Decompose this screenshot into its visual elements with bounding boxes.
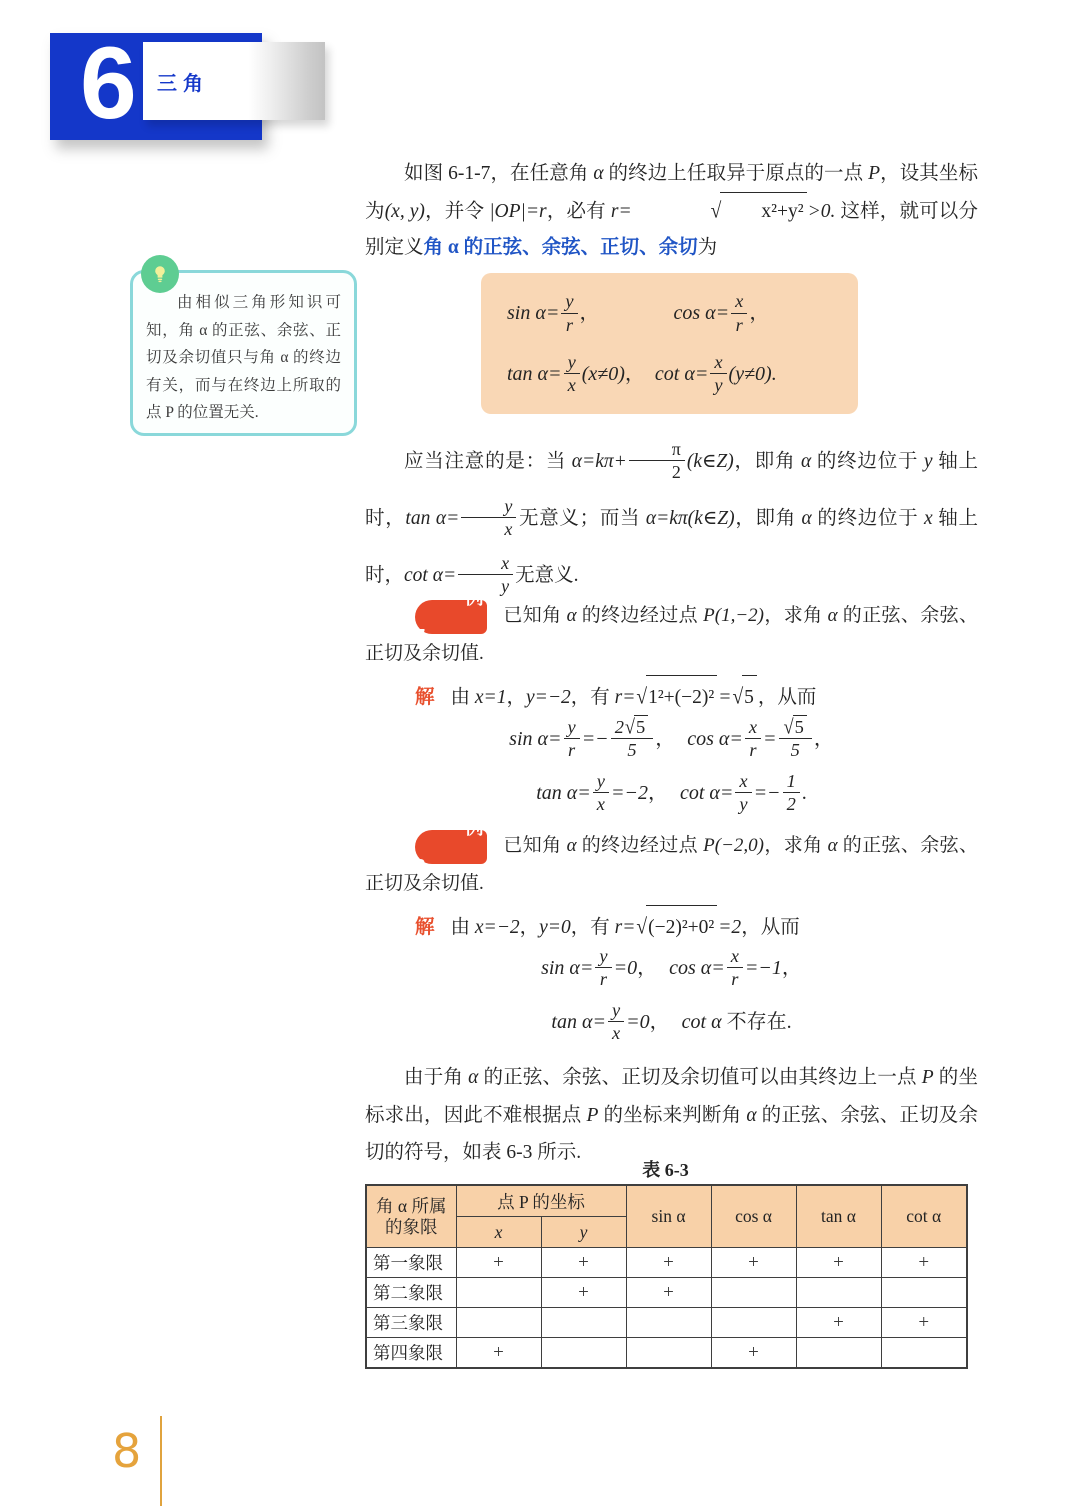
sign-cell: + xyxy=(456,1248,541,1278)
header-quadrant: 角 α 所属的象限 xyxy=(366,1185,456,1248)
example7-solve-label: 解 xyxy=(415,686,435,708)
sign-cell xyxy=(626,1308,711,1338)
example7-badge: 例 7 xyxy=(415,600,487,634)
table-header-row-1: 角 α 所属的象限 点 P 的坐标 sin α cos α tan α cot … xyxy=(366,1185,967,1217)
sign-cell: + xyxy=(626,1248,711,1278)
header-point-coords: 点 P 的坐标 xyxy=(456,1185,626,1217)
closing-paragraph: 由于角 α 的正弦、余弦、正切及余切值可以由其终边上一点 P 的坐标求出，因此不… xyxy=(365,1059,978,1172)
sign-cell: + xyxy=(711,1338,796,1369)
table-row-quadrant-4: 第四象限 + + xyxy=(366,1338,967,1369)
definition-formula-line-2: tan α=yx(x≠0)，cot α=xy(y≠0). xyxy=(507,351,858,397)
sign-cell xyxy=(796,1338,881,1369)
example8-solution-text: 由 x=−2，y=0，有 r=√(−2)²+0²=2，从而 xyxy=(451,917,800,938)
chapter-title: 三角 xyxy=(143,67,209,96)
sign-cell: + xyxy=(711,1248,796,1278)
header-quadrant-line1: 角 α 所属 xyxy=(367,1196,456,1217)
header-cot: cot α xyxy=(881,1185,967,1248)
example8-formula-line-2: tan α=yx=0，cot α 不存在. xyxy=(365,995,978,1049)
header-sin: sin α xyxy=(626,1185,711,1248)
footer-rule xyxy=(160,1416,162,1506)
header-tan: tan α xyxy=(796,1185,881,1248)
sign-cell xyxy=(541,1308,626,1338)
sign-cell: + xyxy=(796,1248,881,1278)
chapter-title-strip: 三角 xyxy=(143,42,325,120)
table-row-quadrant-1: 第一象限 + + + + + + xyxy=(366,1248,967,1278)
sign-cell xyxy=(541,1338,626,1369)
example8-badge: 例 8 xyxy=(415,830,487,864)
sign-cell: + xyxy=(541,1248,626,1278)
sign-cell xyxy=(456,1308,541,1338)
page-number: 8 xyxy=(112,1424,141,1478)
example7-formulas: sin α=yr=−2√55，cos α=xr=√55， tan α=yx=−2… xyxy=(365,712,978,820)
header-x: x xyxy=(456,1217,541,1248)
example7-solution-text: 由 x=1，y=−2，有 r=√1²+(−2)²=√5，从而 xyxy=(451,687,817,708)
sign-cell xyxy=(711,1308,796,1338)
callout-text: 由相似三角形知识可知，角 α 的正弦、余弦、正切及余切值只与角 α 的终边有关，… xyxy=(133,273,354,435)
lightbulb-icon xyxy=(141,255,179,293)
sign-cell: + xyxy=(626,1278,711,1308)
header-y: y xyxy=(541,1217,626,1248)
example8-formula-line-1: sin α=yr=0，cos α=xr=−1， xyxy=(365,941,978,995)
example7-section: 例 7已知角 α 的终边经过点 P(1,−2)，求角 α 的正弦、余弦、正切及余… xyxy=(365,597,978,719)
sign-cell xyxy=(711,1278,796,1308)
sign-cell xyxy=(456,1278,541,1308)
quadrant-label: 第四象限 xyxy=(366,1338,456,1369)
sign-table: 角 α 所属的象限 点 P 的坐标 sin α cos α tan α cot … xyxy=(365,1184,968,1369)
table-row-quadrant-3: 第三象限 + + xyxy=(366,1308,967,1338)
example7-formula-line-1: sin α=yr=−2√55，cos α=xr=√55， xyxy=(365,712,978,766)
table-row-quadrant-2: 第二象限 + + xyxy=(366,1278,967,1308)
sign-cell: + xyxy=(541,1278,626,1308)
quadrant-label: 第一象限 xyxy=(366,1248,456,1278)
sign-cell: + xyxy=(881,1308,967,1338)
sign-cell xyxy=(881,1338,967,1369)
example7-statement: 例 7已知角 α 的终边经过点 P(1,−2)，求角 α 的正弦、余弦、正切及余… xyxy=(365,597,978,673)
quadrant-label: 第二象限 xyxy=(366,1278,456,1308)
callout-box: 由相似三角形知识可知，角 α 的正弦、余弦、正切及余切值只与角 α 的终边有关，… xyxy=(130,270,357,436)
chapter-number: 6 xyxy=(80,27,137,139)
sign-cell xyxy=(881,1278,967,1308)
definition-formula-line-1: sin α=yr，cos α=xr， xyxy=(507,290,858,336)
sign-cell: + xyxy=(456,1338,541,1369)
sign-cell xyxy=(626,1338,711,1369)
intro-paragraph: 如图 6-1-7，在任意角 α 的终边上任取异于原点的一点 P，设其坐标为(x,… xyxy=(365,156,978,266)
quadrant-label: 第三象限 xyxy=(366,1308,456,1338)
example8-solve-label: 解 xyxy=(415,916,435,938)
table-title: 表 6-3 xyxy=(365,1156,966,1182)
sign-cell: + xyxy=(796,1308,881,1338)
sign-cell: + xyxy=(881,1248,967,1278)
sign-cell xyxy=(796,1278,881,1308)
header-quadrant-line2: 的象限 xyxy=(367,1217,456,1238)
definition-box: sin α=yr，cos α=xr， tan α=yx(x≠0)，cot α=x… xyxy=(481,273,858,414)
example8-statement: 例 8已知角 α 的终边经过点 P(−2,0)，求角 α 的正弦、余弦、正切及余… xyxy=(365,827,978,903)
example8-formulas: sin α=yr=0，cos α=xr=−1， tan α=yx=0，cot α… xyxy=(365,941,978,1049)
example8-section: 例 8已知角 α 的终边经过点 P(−2,0)，求角 α 的正弦、余弦、正切及余… xyxy=(365,827,978,949)
header-cos: cos α xyxy=(711,1185,796,1248)
